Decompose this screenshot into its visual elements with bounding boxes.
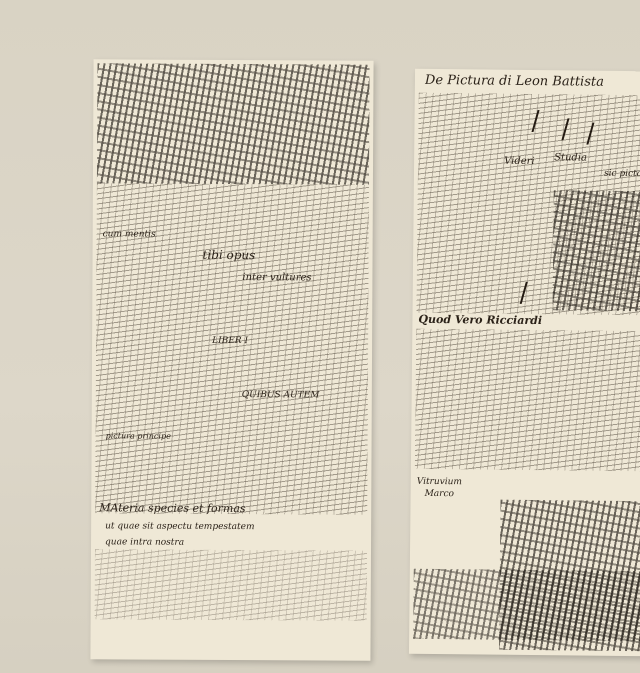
text-line: Vitruvium [417,477,640,489]
right-artwork-sheet: De Pictura di Leon Battista Videri Studi… [409,69,640,656]
left-artwork-sheet: tibi opus inter vultures LIBER I QUIBUS … [90,59,373,660]
text-line: ut quae sit aspectu tempestatem [105,521,363,532]
text-line: Quod Vero Ricciardi [418,313,640,328]
text-line: Studia [554,152,640,164]
text-line: LIBER I [212,336,364,347]
artwork-title: De Pictura di Leon Battista [425,73,640,90]
text-line: inter vultures [242,272,364,284]
text-line: QUIBUS AUTEM [242,390,364,401]
script-block-bottom [95,549,367,620]
vertical-stroke-area [413,569,640,641]
text-line: tibi opus [203,248,365,263]
dark-hatched-area [553,190,640,311]
text-line: quae intra nostra [105,537,363,548]
script-block-middle [415,329,640,471]
text-line: cum mentis [103,229,365,240]
text-line: pictura principe [106,431,364,441]
dense-script-block [97,63,370,184]
text-line: sic pictor [604,169,640,179]
text-line: MAteria species et formas [99,501,363,515]
